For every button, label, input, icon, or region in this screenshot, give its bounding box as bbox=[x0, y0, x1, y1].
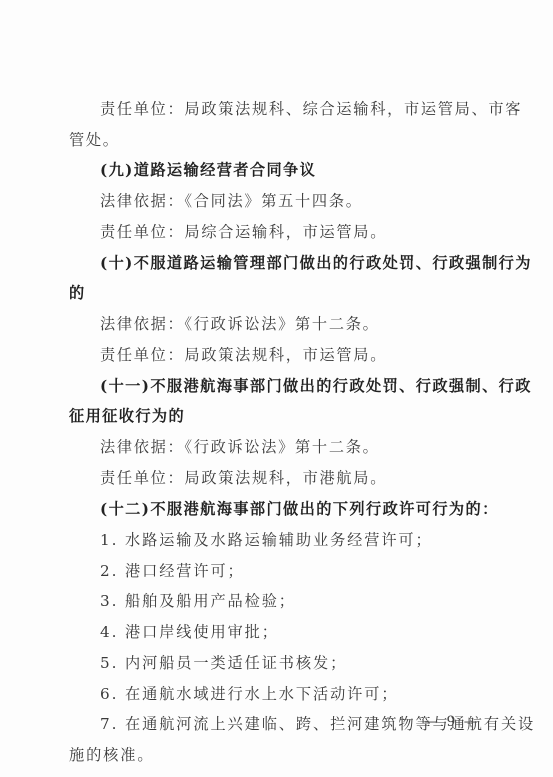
section-heading-line: (十)不服道路运输管理部门做出的行政处罚、行政强制行为 bbox=[100, 252, 481, 274]
body-text-line: 法律依据：《合同法》第五十四条。 bbox=[100, 190, 481, 212]
body-text-line: 责任单位：局政策法规科、综合运输科，市运管局、市客 bbox=[100, 98, 481, 120]
document-page: 责任单位：局政策法规科、综合运输科，市运管局、市客管处。(九)道路运输经营者合同… bbox=[0, 0, 553, 777]
section-heading-line: 征用征收行为的 bbox=[69, 405, 481, 427]
section-heading-line: (十二)不服港航海事部门做出的下列行政许可行为的： bbox=[100, 498, 481, 520]
list-item-line: 6. 在通航水域进行水上水下活动许可； bbox=[100, 683, 481, 705]
body-text-line: 责任单位：局政策法规科，市运管局。 bbox=[100, 344, 481, 366]
list-item-line: 3. 船舶及船用产品检验； bbox=[100, 590, 481, 612]
body-text-line: 责任单位：局政策法规科，市港航局。 bbox=[100, 467, 481, 489]
section-heading-line: 的 bbox=[69, 282, 481, 304]
section-heading-line: (十一)不服港航海事部门做出的行政处罚、行政强制、行政 bbox=[100, 375, 481, 397]
section-heading-line: (九)道路运输经营者合同争议 bbox=[100, 159, 481, 181]
page-number: — 9 — bbox=[424, 714, 480, 730]
list-item-line: 4. 港口岸线使用审批； bbox=[100, 621, 481, 643]
body-text-line: 管处。 bbox=[69, 129, 481, 151]
list-item-line: 2. 港口经营许可； bbox=[100, 560, 481, 582]
list-item-line: 5. 内河船员一类适任证书核发； bbox=[100, 652, 481, 674]
body-text-line: 法律依据：《行政诉讼法》第十二条。 bbox=[100, 313, 481, 335]
list-item-line: 施的核准。 bbox=[69, 744, 481, 766]
body-text-line: 责任单位：局综合运输科，市运管局。 bbox=[100, 221, 481, 243]
body-text-line: 法律依据：《行政诉讼法》第十二条。 bbox=[100, 436, 481, 458]
list-item-line: 1. 水路运输及水路运输辅助业务经营许可； bbox=[100, 529, 481, 551]
